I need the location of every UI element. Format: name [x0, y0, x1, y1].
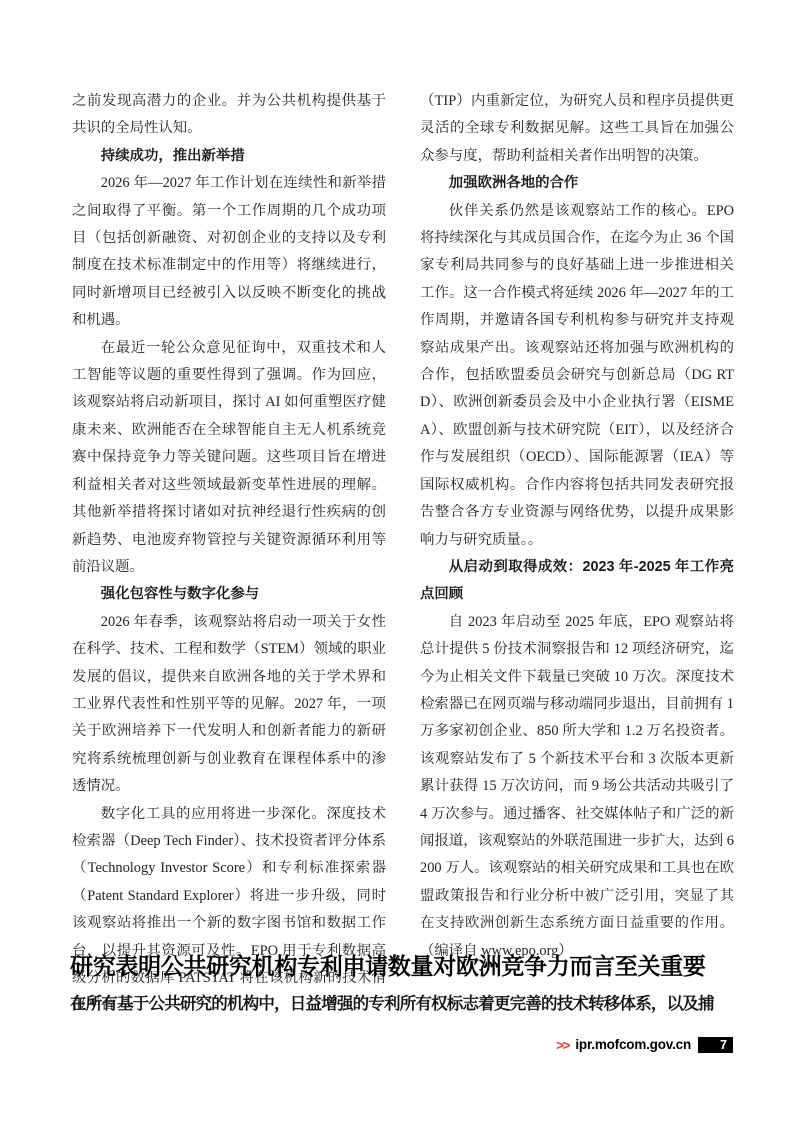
section-subheading: 从启动到取得成效：2023 年-2025 年工作亮点回顾	[420, 554, 734, 609]
paragraph: 之前发现高潜力的企业。并为公共机构提供基于共识的全局性认知。	[72, 88, 386, 143]
paragraph: （TIP）内重新定位，为研究人员和程序员提供更灵活的全球专利数据见解。这些工具旨…	[420, 88, 734, 170]
article-title: 研究表明公共研究机构专利申请数量对欧洲竞争力而言至关重要	[70, 950, 734, 983]
paragraph: 自 2023 年启动至 2025 年底，EPO 观察站将总计提供 5 份技术洞察…	[420, 609, 734, 965]
section-subheading: 持续成功，推出新举措	[72, 143, 386, 170]
left-column: 之前发现高潜力的企业。并为公共机构提供基于共识的全局性认知。 持续成功，推出新举…	[72, 88, 386, 1020]
paragraph: 伙伴关系仍然是该观察站工作的核心。EPO 将持续深化与其成员国合作，在迄今为止 …	[420, 198, 734, 554]
section-subheading: 强化包容性与数字化参与	[72, 581, 386, 608]
paragraph: 在最近一轮公众意见征询中，双重技术和人工智能等议题的重要性得到了强调。作为回应，…	[72, 335, 386, 582]
section-subheading: 加强欧洲各地的合作	[420, 170, 734, 197]
article-body: 之前发现高潜力的企业。并为公共机构提供基于共识的全局性认知。 持续成功，推出新举…	[72, 88, 734, 1020]
site-url: ipr.mofcom.gov.cn	[575, 1037, 691, 1053]
double-chevron-icon: >>	[556, 1037, 568, 1053]
next-article-teaser: 研究表明公共研究机构专利申请数量对欧洲竞争力而言至关重要 在所有基于公共研究的机…	[70, 950, 734, 1017]
document-page: 之前发现高潜力的企业。并为公共机构提供基于共识的全局性认知。 持续成功，推出新举…	[0, 0, 794, 1123]
paragraph: 2026 年—2027 年工作计划在连续性和新举措之间取得了平衡。第一个工作周期…	[72, 170, 386, 334]
page-number-badge: 7	[698, 1037, 733, 1053]
paragraph: 2026 年春季，该观察站将启动一项关于女性在科学、技术、工程和数学（STEM）…	[72, 609, 386, 801]
page-footer: >> ipr.mofcom.gov.cn 7	[556, 1037, 733, 1053]
article-lead: 在所有基于公共研究的机构中，日益增强的专利所有权标志着更完善的技术转移体系，以及…	[70, 992, 734, 1017]
right-column: （TIP）内重新定位，为研究人员和程序员提供更灵活的全球专利数据见解。这些工具旨…	[420, 88, 734, 1020]
